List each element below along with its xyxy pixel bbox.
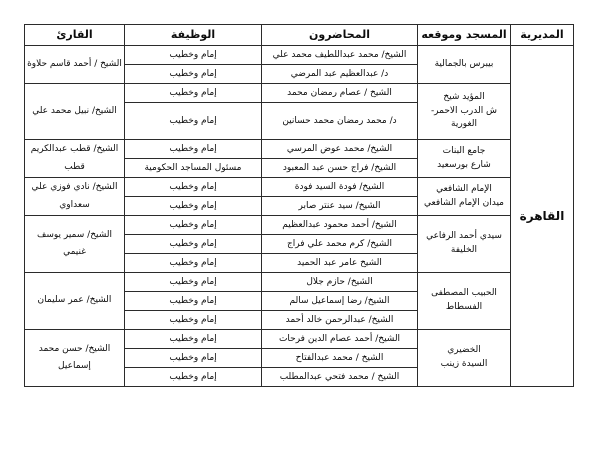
mosque-line: شارع بورسعيد [420, 159, 508, 173]
mosque-cell: الإمام الشافعيميدان الإمام الشافعي [418, 178, 511, 216]
header-job: الوظيفة [125, 25, 262, 46]
mosque-cell: جامع البناتشارع بورسعيد [418, 140, 511, 178]
header-mosque-location: المسجد وموقعه [418, 25, 511, 46]
lecturer-cell: الشيخ/ محمد عوض المرسي [262, 140, 418, 159]
lecturer-cell: الشيخ/ محمد عبداللطيف محمد علي [262, 46, 418, 65]
header-reader: القارئ [25, 25, 125, 46]
lecturer-cell: الشيخ/ رضا إسماعيل سالم [262, 292, 418, 311]
table-row: المؤيد شيخش الدرب الاحمر-الغوريةالشيخ / … [25, 84, 574, 103]
mosque-line: الخليفة [420, 244, 508, 258]
job-cell: إمام وخطيب [125, 65, 262, 84]
reader-cell: الشيخ/ حسن محمد إسماعيل [25, 330, 125, 387]
job-cell: إمام وخطيب [125, 197, 262, 216]
lecturer-cell: الشيخ/ أحمد عصام الدين فرحات [262, 330, 418, 349]
job-cell: إمام وخطيب [125, 368, 262, 387]
lecturer-cell: الشيخ / محمد فتحي عبدالمطلب [262, 368, 418, 387]
lecturer-cell: الشيخ عامر عبد الحميد [262, 254, 418, 273]
job-cell: إمام وخطيب [125, 311, 262, 330]
job-cell: إمام وخطيب [125, 103, 262, 140]
job-cell: إمام وخطيب [125, 84, 262, 103]
mosque-cell: بيبرس بالجمالية [418, 46, 511, 84]
table-header: المديرية المسجد وموقعه المحاضرون الوظيفة… [25, 25, 574, 46]
mosque-line: الغورية [420, 118, 508, 132]
table-row: الخضيريالسيدة زينبالشيخ/ أحمد عصام الدين… [25, 330, 574, 349]
lecturer-cell: الشيخ/ فراج حسن عبد المعبود [262, 159, 418, 178]
mosque-cell: الحبيب المصطفىالفسطاط [418, 273, 511, 330]
job-cell: إمام وخطيب [125, 140, 262, 159]
lecturer-cell: د/ عبدالعظيم عبد المرضي [262, 65, 418, 84]
mosque-line: الحبيب المصطفى [420, 287, 508, 301]
reader-cell: الشيخ / أحمد قاسم حلاوة [25, 46, 125, 84]
mosque-line: ش الدرب الاحمر- [420, 105, 508, 119]
mosque-cell: سيدي أحمد الرفاعيالخليفة [418, 216, 511, 273]
job-cell: إمام وخطيب [125, 216, 262, 235]
reader-cell: الشيخ/ قطب عبدالكريم قطب [25, 140, 125, 178]
table-row: الإمام الشافعيميدان الإمام الشافعيالشيخ/… [25, 178, 574, 197]
lecturer-cell: الشيخ / محمد عبدالفتاح [262, 349, 418, 368]
mosque-line: الفسطاط [420, 301, 508, 315]
job-cell: إمام وخطيب [125, 46, 262, 65]
mosque-line: سيدي أحمد الرفاعي [420, 230, 508, 244]
mosque-line: بيبرس بالجمالية [420, 58, 508, 72]
mosque-line: الخضيري [420, 344, 508, 358]
header-directorate: المديرية [511, 25, 574, 46]
mosque-line: الإمام الشافعي [420, 183, 508, 197]
lecturer-cell: الشيخ/ أحمد محمود عبدالعظيم [262, 216, 418, 235]
lecturer-cell: الشيخ/ سيد عنتر صابر [262, 197, 418, 216]
job-cell: إمام وخطيب [125, 235, 262, 254]
document-page: المديرية المسجد وموقعه المحاضرون الوظيفة… [0, 0, 595, 466]
job-cell: إمام وخطيب [125, 292, 262, 311]
mosque-line: ميدان الإمام الشافعي [420, 197, 508, 211]
lecturer-cell: الشيخ/ فودة السيد فودة [262, 178, 418, 197]
mosque-schedule-table: المديرية المسجد وموقعه المحاضرون الوظيفة… [24, 24, 574, 387]
job-cell: إمام وخطيب [125, 254, 262, 273]
table-body: القاهرةبيبرس بالجماليةالشيخ/ محمد عبدالل… [25, 46, 574, 387]
job-cell: إمام وخطيب [125, 273, 262, 292]
lecturer-cell: الشيخ/ حازم جلال [262, 273, 418, 292]
job-cell: مسئول المساجد الحكومية [125, 159, 262, 178]
table-row: جامع البناتشارع بورسعيدالشيخ/ محمد عوض ا… [25, 140, 574, 159]
lecturer-cell: الشيخ/ عبدالرحمن خالد أحمد [262, 311, 418, 330]
job-cell: إمام وخطيب [125, 349, 262, 368]
directorate-cell: القاهرة [511, 46, 574, 387]
mosque-cell: المؤيد شيخش الدرب الاحمر-الغورية [418, 84, 511, 140]
mosque-cell: الخضيريالسيدة زينب [418, 330, 511, 387]
mosque-line: السيدة زينب [420, 358, 508, 372]
header-row: المديرية المسجد وموقعه المحاضرون الوظيفة… [25, 25, 574, 46]
job-cell: إمام وخطيب [125, 330, 262, 349]
reader-cell: الشيخ/ عمر سليمان [25, 273, 125, 330]
mosque-line: المؤيد شيخ [420, 91, 508, 105]
table-row: الحبيب المصطفىالفسطاطالشيخ/ حازم جلالإما… [25, 273, 574, 292]
table-row: القاهرةبيبرس بالجماليةالشيخ/ محمد عبدالل… [25, 46, 574, 65]
header-lecturers: المحاضرون [262, 25, 418, 46]
mosque-line: جامع البنات [420, 145, 508, 159]
lecturer-cell: د/ محمد رمضان محمد حسانين [262, 103, 418, 140]
job-cell: إمام وخطيب [125, 178, 262, 197]
table-row: سيدي أحمد الرفاعيالخليفةالشيخ/ أحمد محمو… [25, 216, 574, 235]
lecturer-cell: الشيخ/ كرم محمد علي فراج [262, 235, 418, 254]
reader-cell: الشيخ/ سمير يوسف غنيمي [25, 216, 125, 273]
lecturer-cell: الشيخ / عصام رمضان محمد [262, 84, 418, 103]
reader-cell: الشيخ/ نادي فوزي علي سعداوي [25, 178, 125, 216]
reader-cell: الشيخ/ نبيل محمد علي [25, 84, 125, 140]
